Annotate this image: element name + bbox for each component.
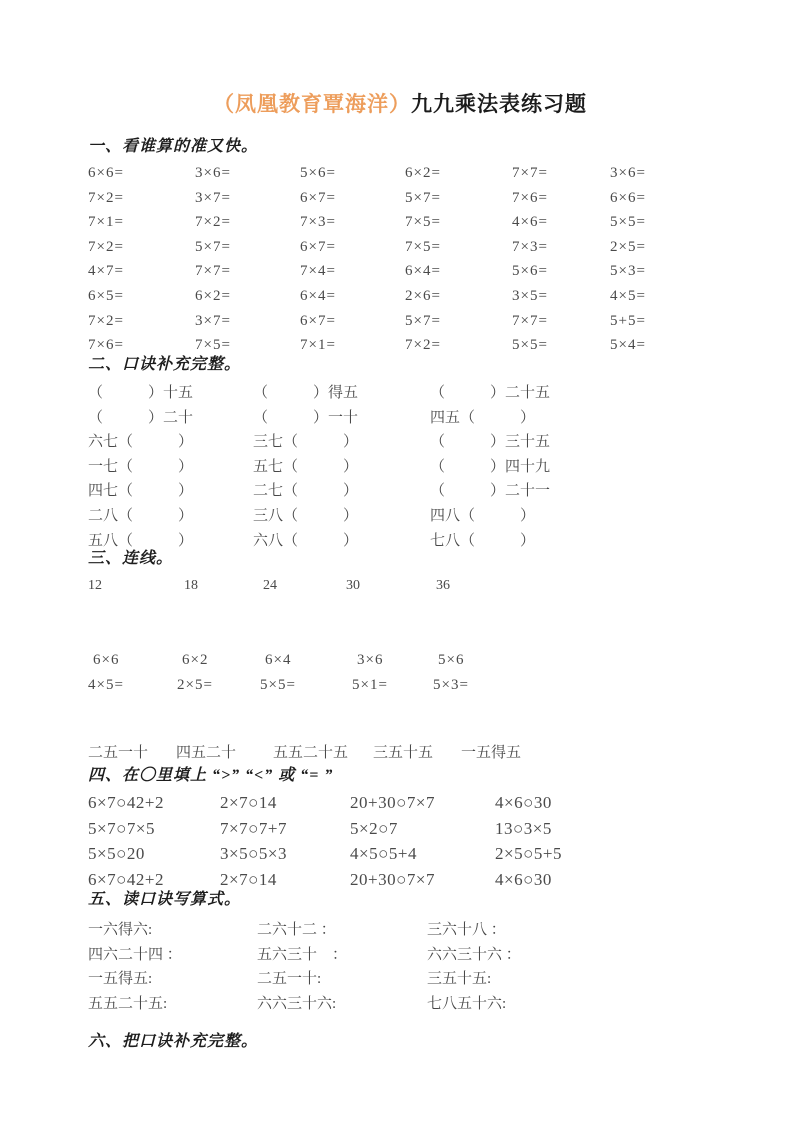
match-number: 36: [436, 576, 800, 596]
calc-problem: 5×7=: [195, 235, 300, 260]
compare-problem: 2×5○5+5: [495, 841, 800, 867]
mnemonic-blank: 五七（ ）: [253, 455, 430, 480]
mnemonic-blank: 四八（ ）: [430, 504, 800, 529]
match-mnemonic: 三五十五: [373, 742, 461, 764]
match-product: 5×6: [433, 648, 800, 673]
calc-problem: 6×7=: [300, 235, 405, 260]
section-6-heading: 六、把口诀补充完整。: [88, 1031, 800, 1053]
mnemonic-label: 七八五十六:: [427, 992, 800, 1017]
mnemonic-label: 二五一十:: [257, 967, 427, 992]
compare-problem: 5×2○7: [350, 816, 495, 842]
mnemonic-label: 六六三十六:: [257, 992, 427, 1017]
compare-problem: 20+30○7×7: [350, 790, 495, 816]
calc-problem: 7×5=: [405, 235, 512, 260]
calc-problem: 6×4=: [405, 259, 512, 284]
mnemonic-label: 五五二十五:: [88, 992, 257, 1017]
section-2-heading: 二、口诀补充完整。: [88, 354, 800, 376]
section-5-heading: 五、读口诀写算式。: [88, 889, 800, 911]
calc-problem: 5×7=: [405, 309, 512, 334]
title-publisher: （凤凰教育覃海洋）: [213, 92, 411, 116]
calc-problem: 5×7=: [405, 186, 512, 211]
compare-problem: 5×5○20: [88, 841, 220, 867]
mnemonic-label: 二六十二 ：: [257, 918, 427, 943]
calc-problem: 6×4=: [300, 284, 405, 309]
calc-problem: 4×5=: [610, 284, 800, 309]
mnemonic-blank: （ ）二十一: [430, 479, 800, 504]
mnemonic-blank: （ ）三十五: [430, 430, 800, 455]
calc-problem: 7×4=: [300, 259, 405, 284]
compare-problem: 6×7○42+2: [88, 790, 220, 816]
match-mnemonic: 二五一十: [88, 742, 176, 764]
section-compare: 四、在〇里填上 “>” “<” 或 “= ” 6×7○42+22×7○1420+…: [0, 765, 800, 892]
match-mnemonics-row: 二五一十四五二十五五二十五三五十五一五得五: [88, 742, 800, 764]
title-text: 九九乘法表练习题: [411, 92, 587, 116]
calc-problem: 7×1=: [88, 210, 195, 235]
mnemonic-label: 三六十八 ：: [427, 918, 800, 943]
calc-problem: 5×6=: [300, 161, 405, 186]
calc-problem: 2×5=: [610, 235, 800, 260]
compare-grid: 6×7○42+22×7○1420+30○7×74×6○30 5×7○7×57×7…: [88, 790, 800, 892]
mnemonic-blank: （ ）二十五: [430, 381, 800, 406]
compare-problem: 3×5○5×3: [220, 841, 350, 867]
match-equation: 5×1=: [352, 673, 433, 698]
section-quick-calc: 一、看谁算的准又快。 6×6=3×6=5×6=6×2=7×7=3×6= 7×2=…: [0, 136, 800, 358]
calc-problem: 4×7=: [88, 259, 195, 284]
mnemonic-label: 六六三十六 ：: [427, 943, 800, 968]
worksheet-page: （凤凰教育覃海洋）九九乘法表练习题 一、看谁算的准又快。 6×6=3×6=5×6…: [0, 0, 800, 1132]
mnemonic-label: 一六得六:: [88, 918, 257, 943]
match-number: 12: [88, 576, 184, 596]
mnemonic-blank: 二七（ ）: [253, 479, 430, 504]
calc-problem: 7×6=: [512, 186, 610, 211]
calc-problem: 7×2=: [195, 210, 300, 235]
section-4-heading: 四、在〇里填上 “>” “<” 或 “= ”: [88, 765, 800, 787]
mnemonic-blank: 四五（ ）: [430, 406, 800, 431]
mnemonic-blank: 六七（ ）: [88, 430, 253, 455]
calc-problem: 4×6=: [512, 210, 610, 235]
mnemonic-label: 四六二十四 ：: [88, 943, 257, 968]
section-3-heading: 三、连线。: [88, 548, 800, 570]
calc-grid: 6×6=3×6=5×6=6×2=7×7=3×6= 7×2=3×7=6×7=5×7…: [88, 161, 800, 358]
match-equation: 5×5=: [260, 673, 352, 698]
match-number: 18: [184, 576, 263, 596]
section-fill-mnemonic: 二、口诀补充完整。 （ ）十五（ ）得五（ ）二十五 （ ）二十（ ）一十四五（…: [0, 354, 800, 553]
calc-problem: 7×7=: [512, 309, 610, 334]
match-number: 24: [263, 576, 346, 596]
mnemonic-blank: （ ）四十九: [430, 455, 800, 480]
calc-problem: 2×6=: [405, 284, 512, 309]
mnemonic-blank: 四七（ ）: [88, 479, 253, 504]
calc-problem: 3×5=: [512, 284, 610, 309]
compare-problem: 7×7○7+7: [220, 816, 350, 842]
match-numbers-row: 1218243036: [88, 576, 800, 596]
match-mnemonic: 一五得五: [461, 742, 800, 764]
calc-problem: 3×7=: [195, 309, 300, 334]
compare-problem: 4×5○5+4: [350, 841, 495, 867]
mnemonic-blank: （ ）二十: [88, 406, 253, 431]
match-number: 30: [346, 576, 436, 596]
calc-problem: 3×6=: [610, 161, 800, 186]
calc-problem: 7×7=: [512, 161, 610, 186]
match-product: 3×6: [352, 648, 433, 673]
match-product: 6×2: [177, 648, 260, 673]
match-expressions-rows: 6×66×26×43×65×6 4×5=2×5=5×5=5×1=5×3=: [88, 648, 800, 697]
write-equations-grid: 一六得六:二六十二 ：三六十八 ： 四六二十四 ：五六三十 ：六六三十六 ： 一…: [88, 918, 800, 1016]
match-product: 6×6: [88, 648, 177, 673]
calc-problem: 7×7=: [195, 259, 300, 284]
page-title: （凤凰教育覃海洋）九九乘法表练习题: [0, 90, 800, 118]
match-mnemonic: 四五二十: [176, 742, 273, 764]
section-complete-mnemonic: 六、把口诀补充完整。: [0, 1031, 800, 1053]
mnemonic-label: 五六三十 ：: [257, 943, 427, 968]
compare-problem: 2×7○14: [220, 790, 350, 816]
section-1-heading: 一、看谁算的准又快。: [88, 136, 800, 158]
calc-problem: 6×6=: [610, 186, 800, 211]
mnemonic-blank: （ ）十五: [88, 381, 253, 406]
calc-problem: 6×7=: [300, 309, 405, 334]
mnemonic-blank: （ ）得五: [253, 381, 430, 406]
calc-problem: 6×5=: [88, 284, 195, 309]
calc-problem: 7×2=: [88, 186, 195, 211]
fill-grid: （ ）十五（ ）得五（ ）二十五 （ ）二十（ ）一十四五（ ） 六七（ ）三七…: [88, 381, 800, 553]
compare-problem: 4×6○30: [495, 790, 800, 816]
calc-problem: 5+5=: [610, 309, 800, 334]
compare-problem: 13○3×5: [495, 816, 800, 842]
calc-problem: 5×3=: [610, 259, 800, 284]
compare-problem: 5×7○7×5: [88, 816, 220, 842]
calc-problem: 7×3=: [512, 235, 610, 260]
calc-problem: 5×6=: [512, 259, 610, 284]
calc-problem: 7×5=: [405, 210, 512, 235]
calc-problem: 6×2=: [405, 161, 512, 186]
mnemonic-label: 三五十五:: [427, 967, 800, 992]
mnemonic-blank: 二八（ ）: [88, 504, 253, 529]
mnemonic-blank: 三七（ ）: [253, 430, 430, 455]
match-equation: 5×3=: [433, 673, 800, 698]
match-product: 6×4: [260, 648, 352, 673]
mnemonic-blank: 一七（ ）: [88, 455, 253, 480]
calc-problem: 5×5=: [610, 210, 800, 235]
mnemonic-blank: （ ）一十: [253, 406, 430, 431]
calc-problem: 7×3=: [300, 210, 405, 235]
calc-problem: 3×7=: [195, 186, 300, 211]
mnemonic-blank: 三八（ ）: [253, 504, 430, 529]
calc-problem: 6×2=: [195, 284, 300, 309]
calc-problem: 3×6=: [195, 161, 300, 186]
match-mnemonic: 五五二十五: [273, 742, 373, 764]
match-equation: 2×5=: [177, 673, 260, 698]
section-match-lines: 三、连线。 1218243036 6×66×26×43×65×6 4×5=2×5…: [0, 548, 800, 764]
match-equation: 4×5=: [88, 673, 177, 698]
calc-problem: 6×7=: [300, 186, 405, 211]
mnemonic-label: 一五得五:: [88, 967, 257, 992]
section-write-equations: 五、读口诀写算式。 一六得六:二六十二 ：三六十八 ： 四六二十四 ：五六三十 …: [0, 889, 800, 1016]
calc-problem: 6×6=: [88, 161, 195, 186]
calc-problem: 7×2=: [88, 235, 195, 260]
calc-problem: 7×2=: [88, 309, 195, 334]
